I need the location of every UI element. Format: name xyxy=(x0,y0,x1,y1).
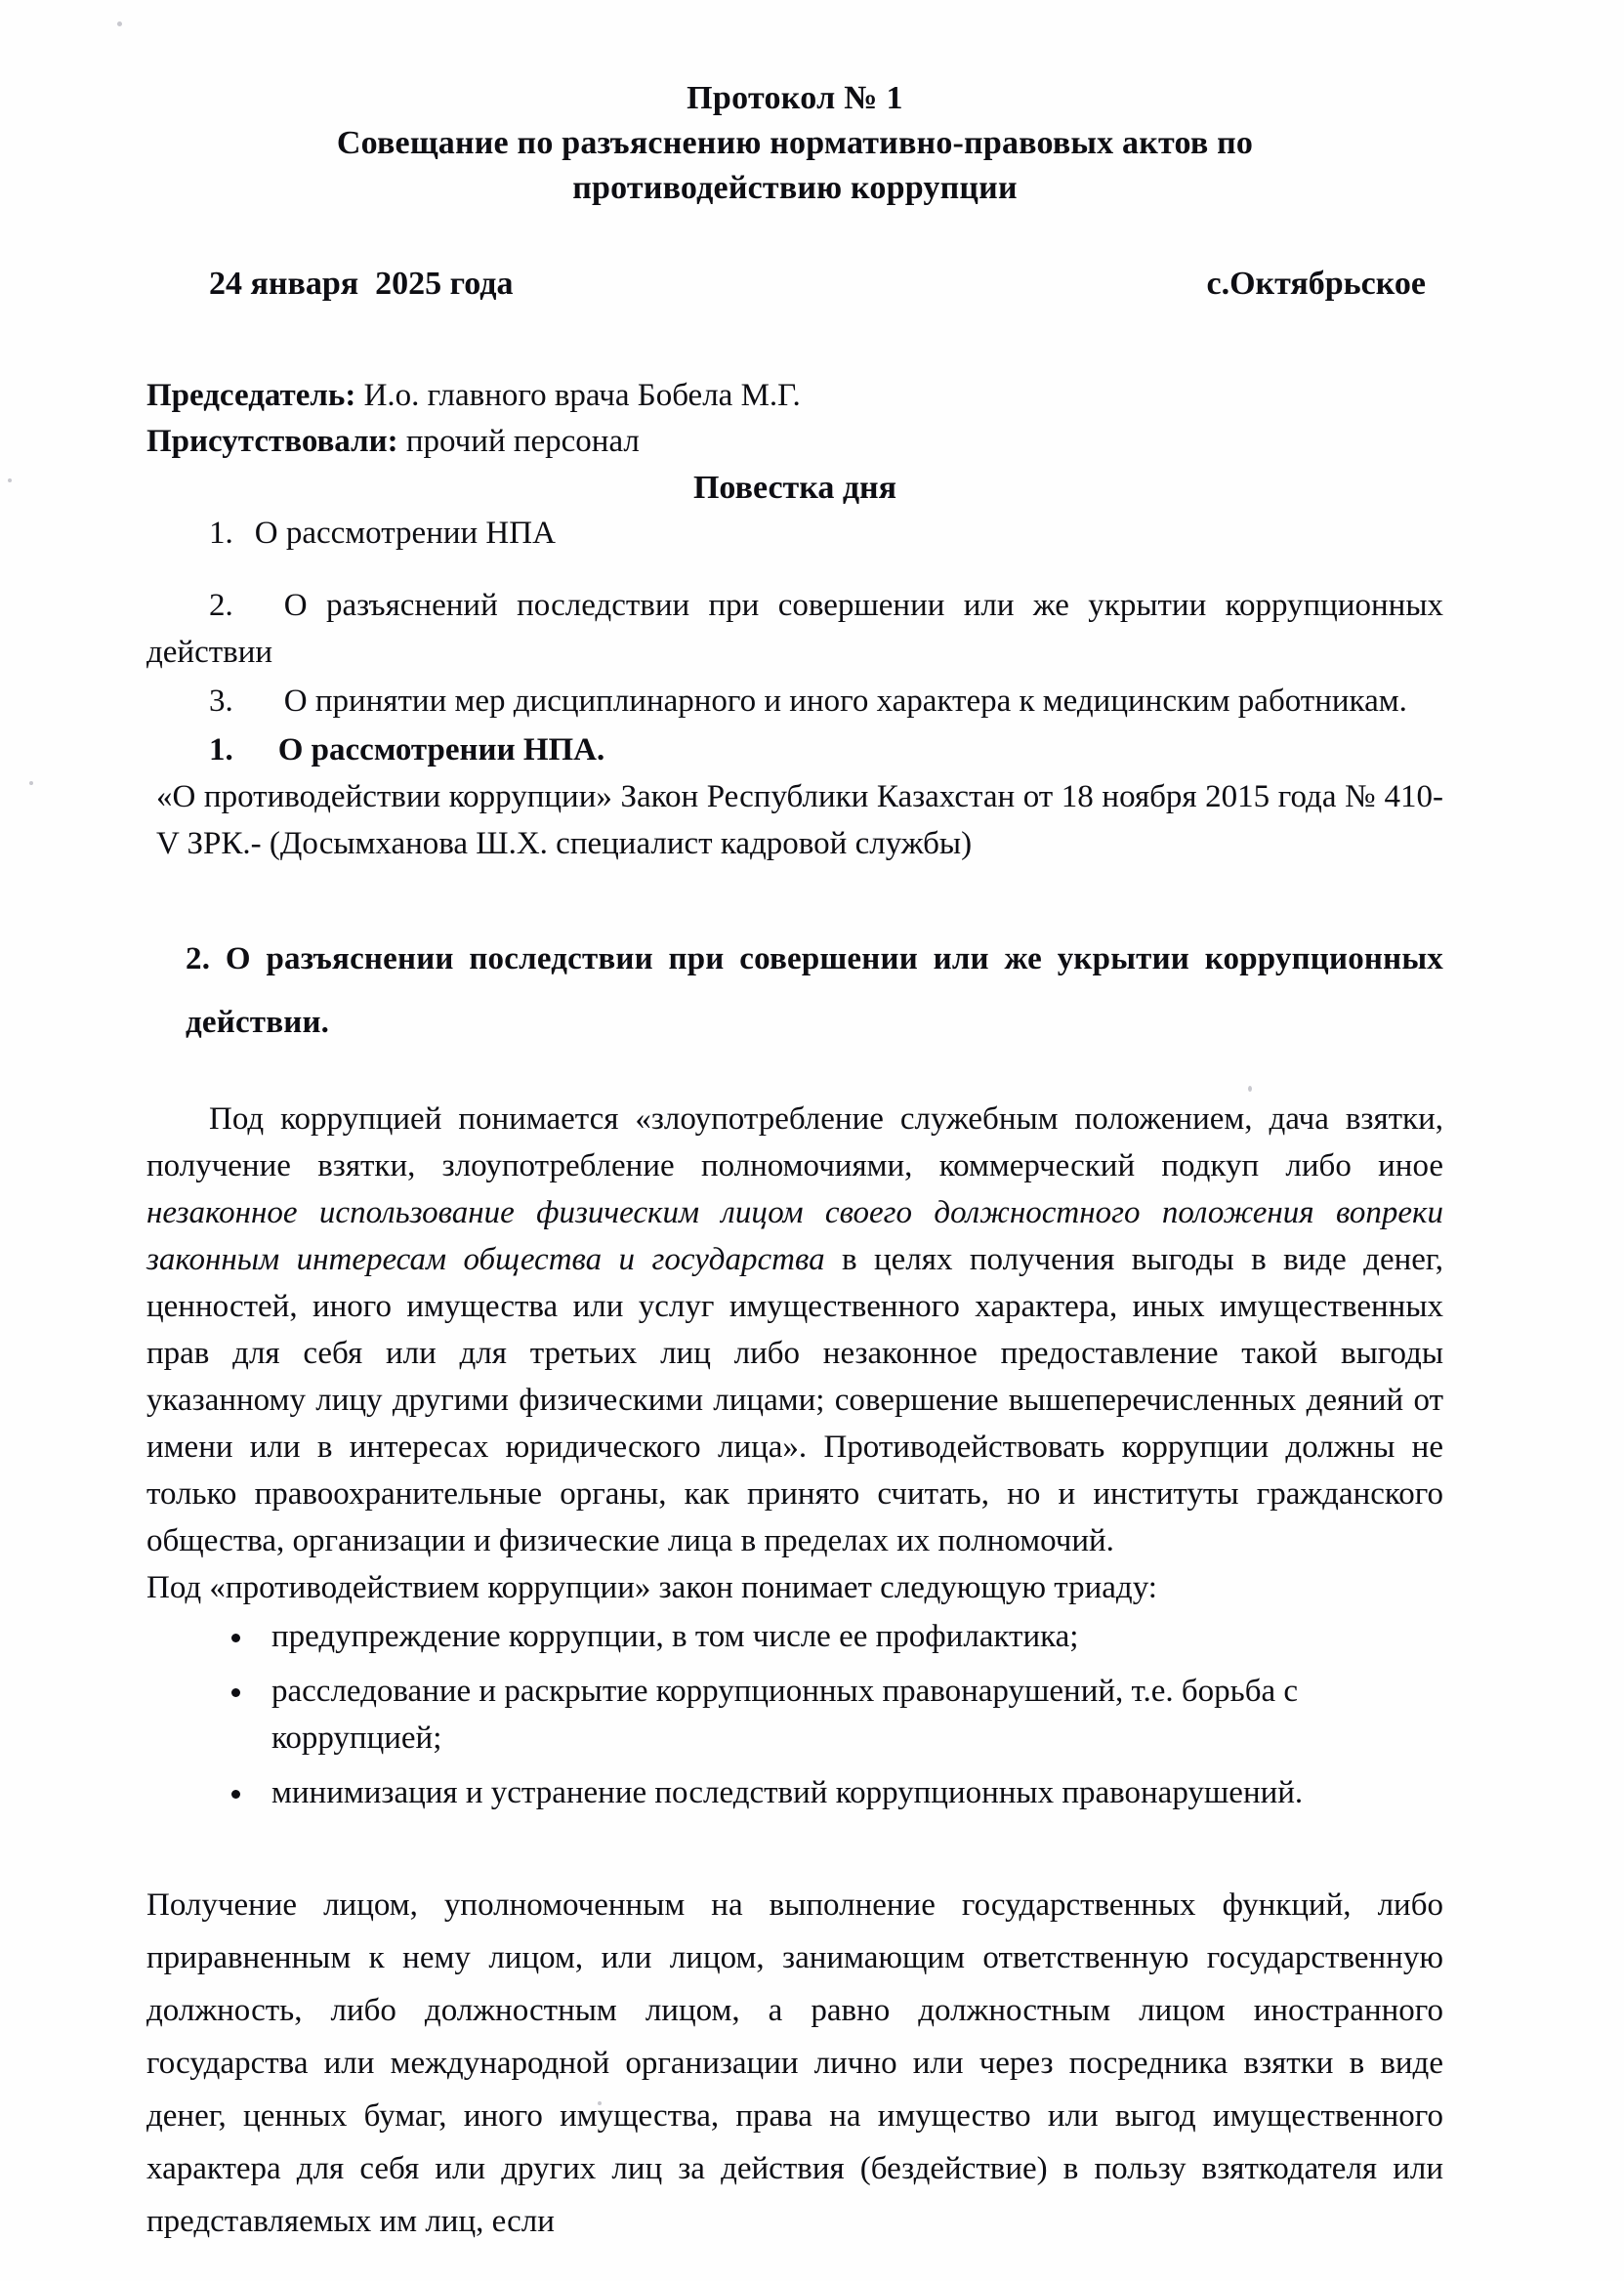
attendees-line: Присутствовали: прочий персонал xyxy=(146,419,1443,465)
chairman-label: Председатель: xyxy=(146,378,355,413)
agenda-item-3-text: О принятии мер дисциплинарного и иного х… xyxy=(284,684,1407,719)
scan-noise-dot xyxy=(117,21,122,26)
document-subtitle: Совещание по разъяснению нормативно-прав… xyxy=(312,121,1278,211)
section2-heading: 2. О разъяснении последствии при соверше… xyxy=(186,928,1443,1055)
document-header: Протокол № 1 Совещание по разъяснению но… xyxy=(146,76,1443,211)
chairman-value: И.о. главного врача Бобела М.Г. xyxy=(355,378,800,413)
document-title: Протокол № 1 xyxy=(146,76,1443,121)
triad-item-1: предупреждение коррупции, в том числе ее… xyxy=(256,1613,1443,1660)
agenda-item-1-text: О рассмотрении НПА xyxy=(255,516,556,551)
document-date: 24 января 2025 года xyxy=(146,266,513,303)
definition-text-before-italic: Под коррупцией понимается «злоупотреблен… xyxy=(146,1101,1443,1183)
date-place-row: 24 января 2025 года с.Октябрьское xyxy=(146,266,1443,303)
triad-intro-line: Под «противодействием коррупции» закон п… xyxy=(146,1564,1443,1611)
definition-text-after-italic: в целях получения выгоды в виде денег, ц… xyxy=(146,1242,1443,1558)
section1-heading-text: О рассмотрении НПА. xyxy=(278,732,605,767)
agenda-item-3: 3.О принятии мер дисциплинарного и иного… xyxy=(146,678,1443,725)
agenda-item-2: 2.О разъяснений последствии при совершен… xyxy=(146,582,1443,676)
chairman-line: Председатель: И.о. главного врача Бобела… xyxy=(146,373,1443,419)
triad-bullet-list: предупреждение коррупции, в том числе ее… xyxy=(146,1613,1443,1816)
attendees-value: прочий персонал xyxy=(398,424,640,459)
section1-body: «О противодействии коррупции» Закон Респ… xyxy=(146,773,1443,867)
agenda-item-2-text: О разъяснений последствии при совершении… xyxy=(146,588,1443,670)
agenda-item-2-number: 2. xyxy=(209,588,233,623)
corruption-definition-paragraph: Под коррупцией понимается «злоупотреблен… xyxy=(146,1096,1443,1564)
attendees-label: Присутствовали: xyxy=(146,424,398,459)
bribery-closing-paragraph: Получение лицом, уполномоченным на выпол… xyxy=(146,1879,1443,2248)
triad-item-3: минимизация и устранение последствий кор… xyxy=(256,1769,1443,1816)
scan-noise-dot xyxy=(29,781,33,785)
triad-item-2: расследование и раскрытие коррупционных … xyxy=(256,1668,1443,1762)
agenda-item-3-number: 3. xyxy=(209,684,233,719)
agenda-item-1-number: 1. xyxy=(209,516,233,551)
scanned-document-page: Протокол № 1 Совещание по разъяснению но… xyxy=(0,0,1624,2281)
scan-noise-dot xyxy=(8,478,12,482)
document-place: с.Октябрьское xyxy=(1207,266,1444,303)
section1-heading: 1.О рассмотрении НПА. xyxy=(146,726,1443,773)
agenda-item-1: 1.О рассмотрении НПА xyxy=(146,511,1443,557)
section1-number: 1. xyxy=(209,732,233,767)
agenda-heading: Повестка дня xyxy=(146,465,1443,511)
document-content: Протокол № 1 Совещание по разъяснению но… xyxy=(146,76,1443,2248)
